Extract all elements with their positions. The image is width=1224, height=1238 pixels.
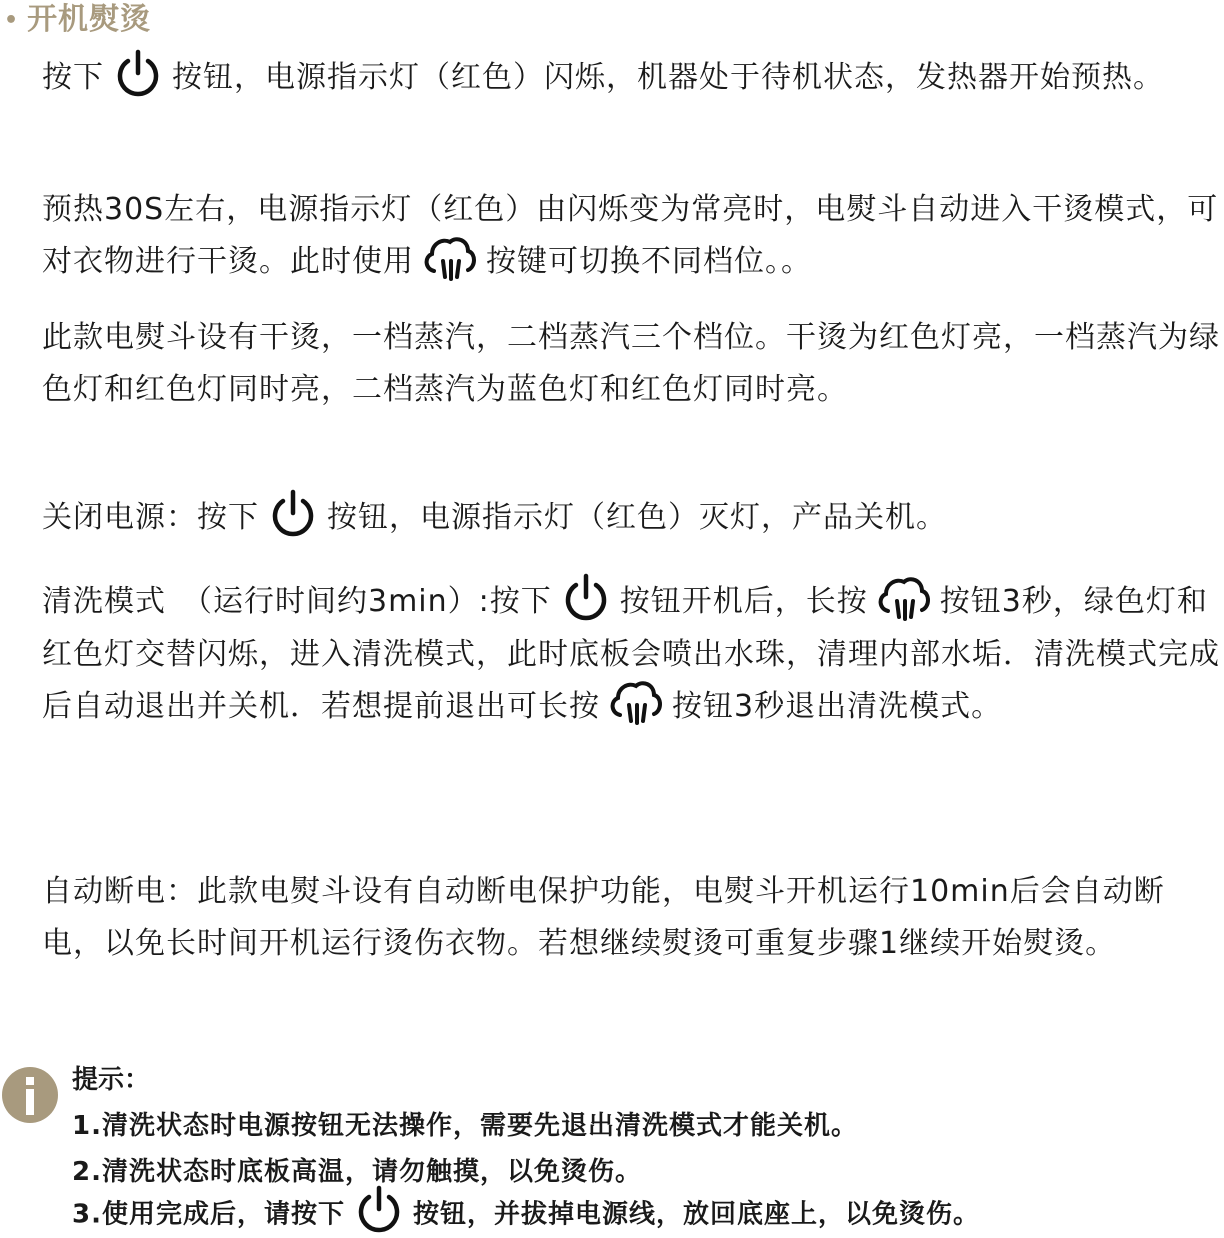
power-icon [353,1185,405,1237]
text: 按下 [42,60,104,95]
tip-item: 1.清洗状态时电源按钮无法操作，需要先退出清洗模式才能关机。 [72,1105,858,1142]
text: 关闭电源：按下 [42,500,259,535]
paragraph-settings: 此款电熨斗设有干烫，一档蒸汽，二档蒸汽三个档位。干烫为红色灯亮，一档蒸汽为绿色灯… [42,312,1222,416]
steam-icon [608,679,664,727]
text: 按钮，电源指示灯（红色）闪烁，机器处于待机状态，发热器开始预热。 [172,60,1164,95]
tip-item: 3.使用完成后，请按下 按钮，并拔掉电源线，放回底座上，以免烫伤。 [72,1189,980,1238]
text: 按键可切换不同档位。。 [486,244,812,279]
text: 按钮3秒退出清洗模式。 [672,689,1002,724]
text: 按钮，并拔掉电源线，放回底座上，以免烫伤。 [413,1200,980,1230]
power-icon [267,489,319,541]
text: 按钮开机后，长按 [620,584,868,619]
paragraph-clean-mode: 清洗模式 （运行时间约3min）:按下 按钮开机后，长按 按钮3秒，绿色灯和红色… [42,576,1222,733]
text: 按钮，电源指示灯（红色）灭灯，产品关机。 [327,500,947,535]
power-icon [112,49,164,101]
tip-item: 2.清洗状态时底板高温，请勿触摸，以免烫伤。 [72,1151,642,1188]
paragraph-power-on: 按下 按钮，电源指示灯（红色）闪烁，机器处于待机状态，发热器开始预热。 [42,52,1222,105]
bullet: • [4,8,19,33]
section-title: •开机熨烫 [4,0,151,38]
paragraph-preheat: 预热30S左右，电源指示灯（红色）由闪烁变为常亮时，电熨斗自动进入干烫模式，可对… [42,184,1222,288]
paragraph-power-off: 关闭电源：按下 按钮，电源指示灯（红色）灭灯，产品关机。 [42,492,1222,545]
power-icon [560,573,612,625]
text: 此款电熨斗设有干烫，一档蒸汽，二档蒸汽三个档位。干烫为红色灯亮，一档蒸汽为绿色灯… [42,320,1220,407]
section-title-text: 开机熨烫 [27,2,151,37]
steam-icon [422,235,478,283]
text: 清洗模式 （运行时间约3min）:按下 [42,584,552,619]
tips-title: 提示： [72,1059,150,1096]
steam-icon [876,575,932,623]
text: 自动断电：此款电熨斗设有自动断电保护功能，电熨斗开机运行10min后会自动断电，… [42,874,1165,961]
paragraph-auto-off: 自动断电：此款电熨斗设有自动断电保护功能，电熨斗开机运行10min后会自动断电，… [42,866,1222,970]
text: 3.使用完成后，请按下 [72,1200,345,1230]
info-icon [2,1067,58,1123]
